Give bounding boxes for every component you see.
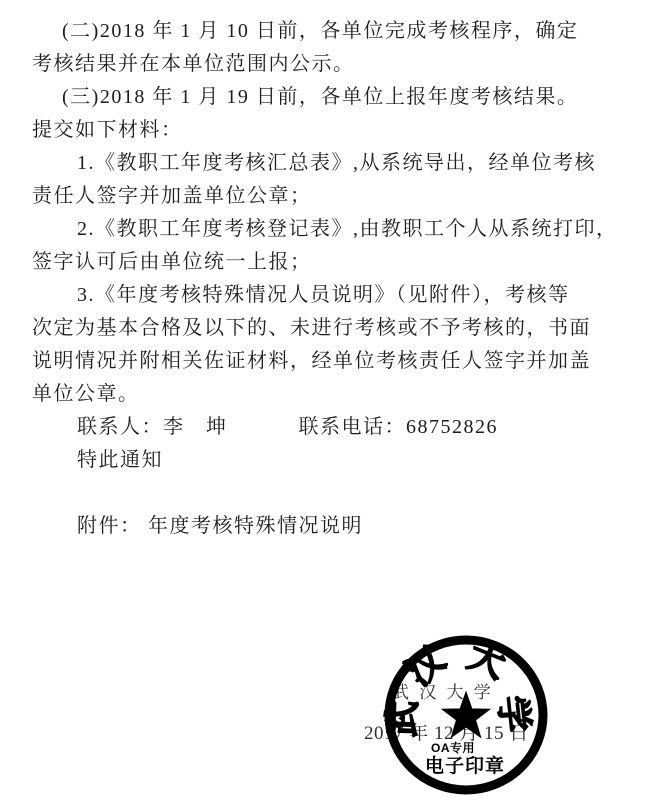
body-line: 特此通知	[32, 444, 624, 477]
body-line: 3.《年度考核特殊情况人员说明》（见附件），考核等	[32, 279, 624, 312]
seal-name-label: 电子印章	[425, 754, 505, 777]
seal-arc-char-xue: 学	[492, 694, 537, 734]
official-seal: 武 汉 大 学 OA专用 电子印章	[366, 625, 566, 807]
seal-type-label: OA专用	[431, 740, 475, 755]
seal-arc-char-wu: 武	[381, 700, 423, 737]
body-line	[32, 477, 624, 510]
body-line: 1.《教职工年度考核汇总表》,从系统导出，经单位考核	[32, 147, 624, 180]
body-text: (二)2018 年 1 月 10 日前，各单位完成考核程序，确定考核结果并在本单…	[32, 15, 624, 543]
body-line: (三)2018 年 1 月 19 日前，各单位上报年度考核结果。	[32, 81, 624, 114]
document-page: (二)2018 年 1 月 10 日前，各单位完成考核程序，确定考核结果并在本单…	[0, 0, 650, 809]
body-line: 附件： 年度考核特殊情况说明	[32, 510, 624, 543]
body-line: 考核结果并在本单位范围内公示。	[32, 48, 624, 81]
body-line: 说明情况并附相关佐证材料，经单位考核责任人签字并加盖	[32, 345, 624, 378]
body-line: (二)2018 年 1 月 10 日前，各单位完成考核程序，确定	[32, 15, 624, 48]
body-line: 联系人：李 坤 联系电话：68752826	[32, 411, 624, 444]
body-line: 签字认可后由单位统一上报；	[32, 246, 624, 279]
star-icon	[445, 695, 487, 735]
body-line: 次定为基本合格及以下的、未进行考核或不予考核的，书面	[32, 312, 624, 345]
body-line: 2.《教职工年度考核登记表》,由教职工个人从系统打印，	[32, 213, 624, 246]
body-line: 单位公章。	[32, 378, 624, 411]
body-line: 责任人签字并加盖单位公章；	[32, 180, 624, 213]
body-line: 提交如下材料：	[32, 114, 624, 147]
